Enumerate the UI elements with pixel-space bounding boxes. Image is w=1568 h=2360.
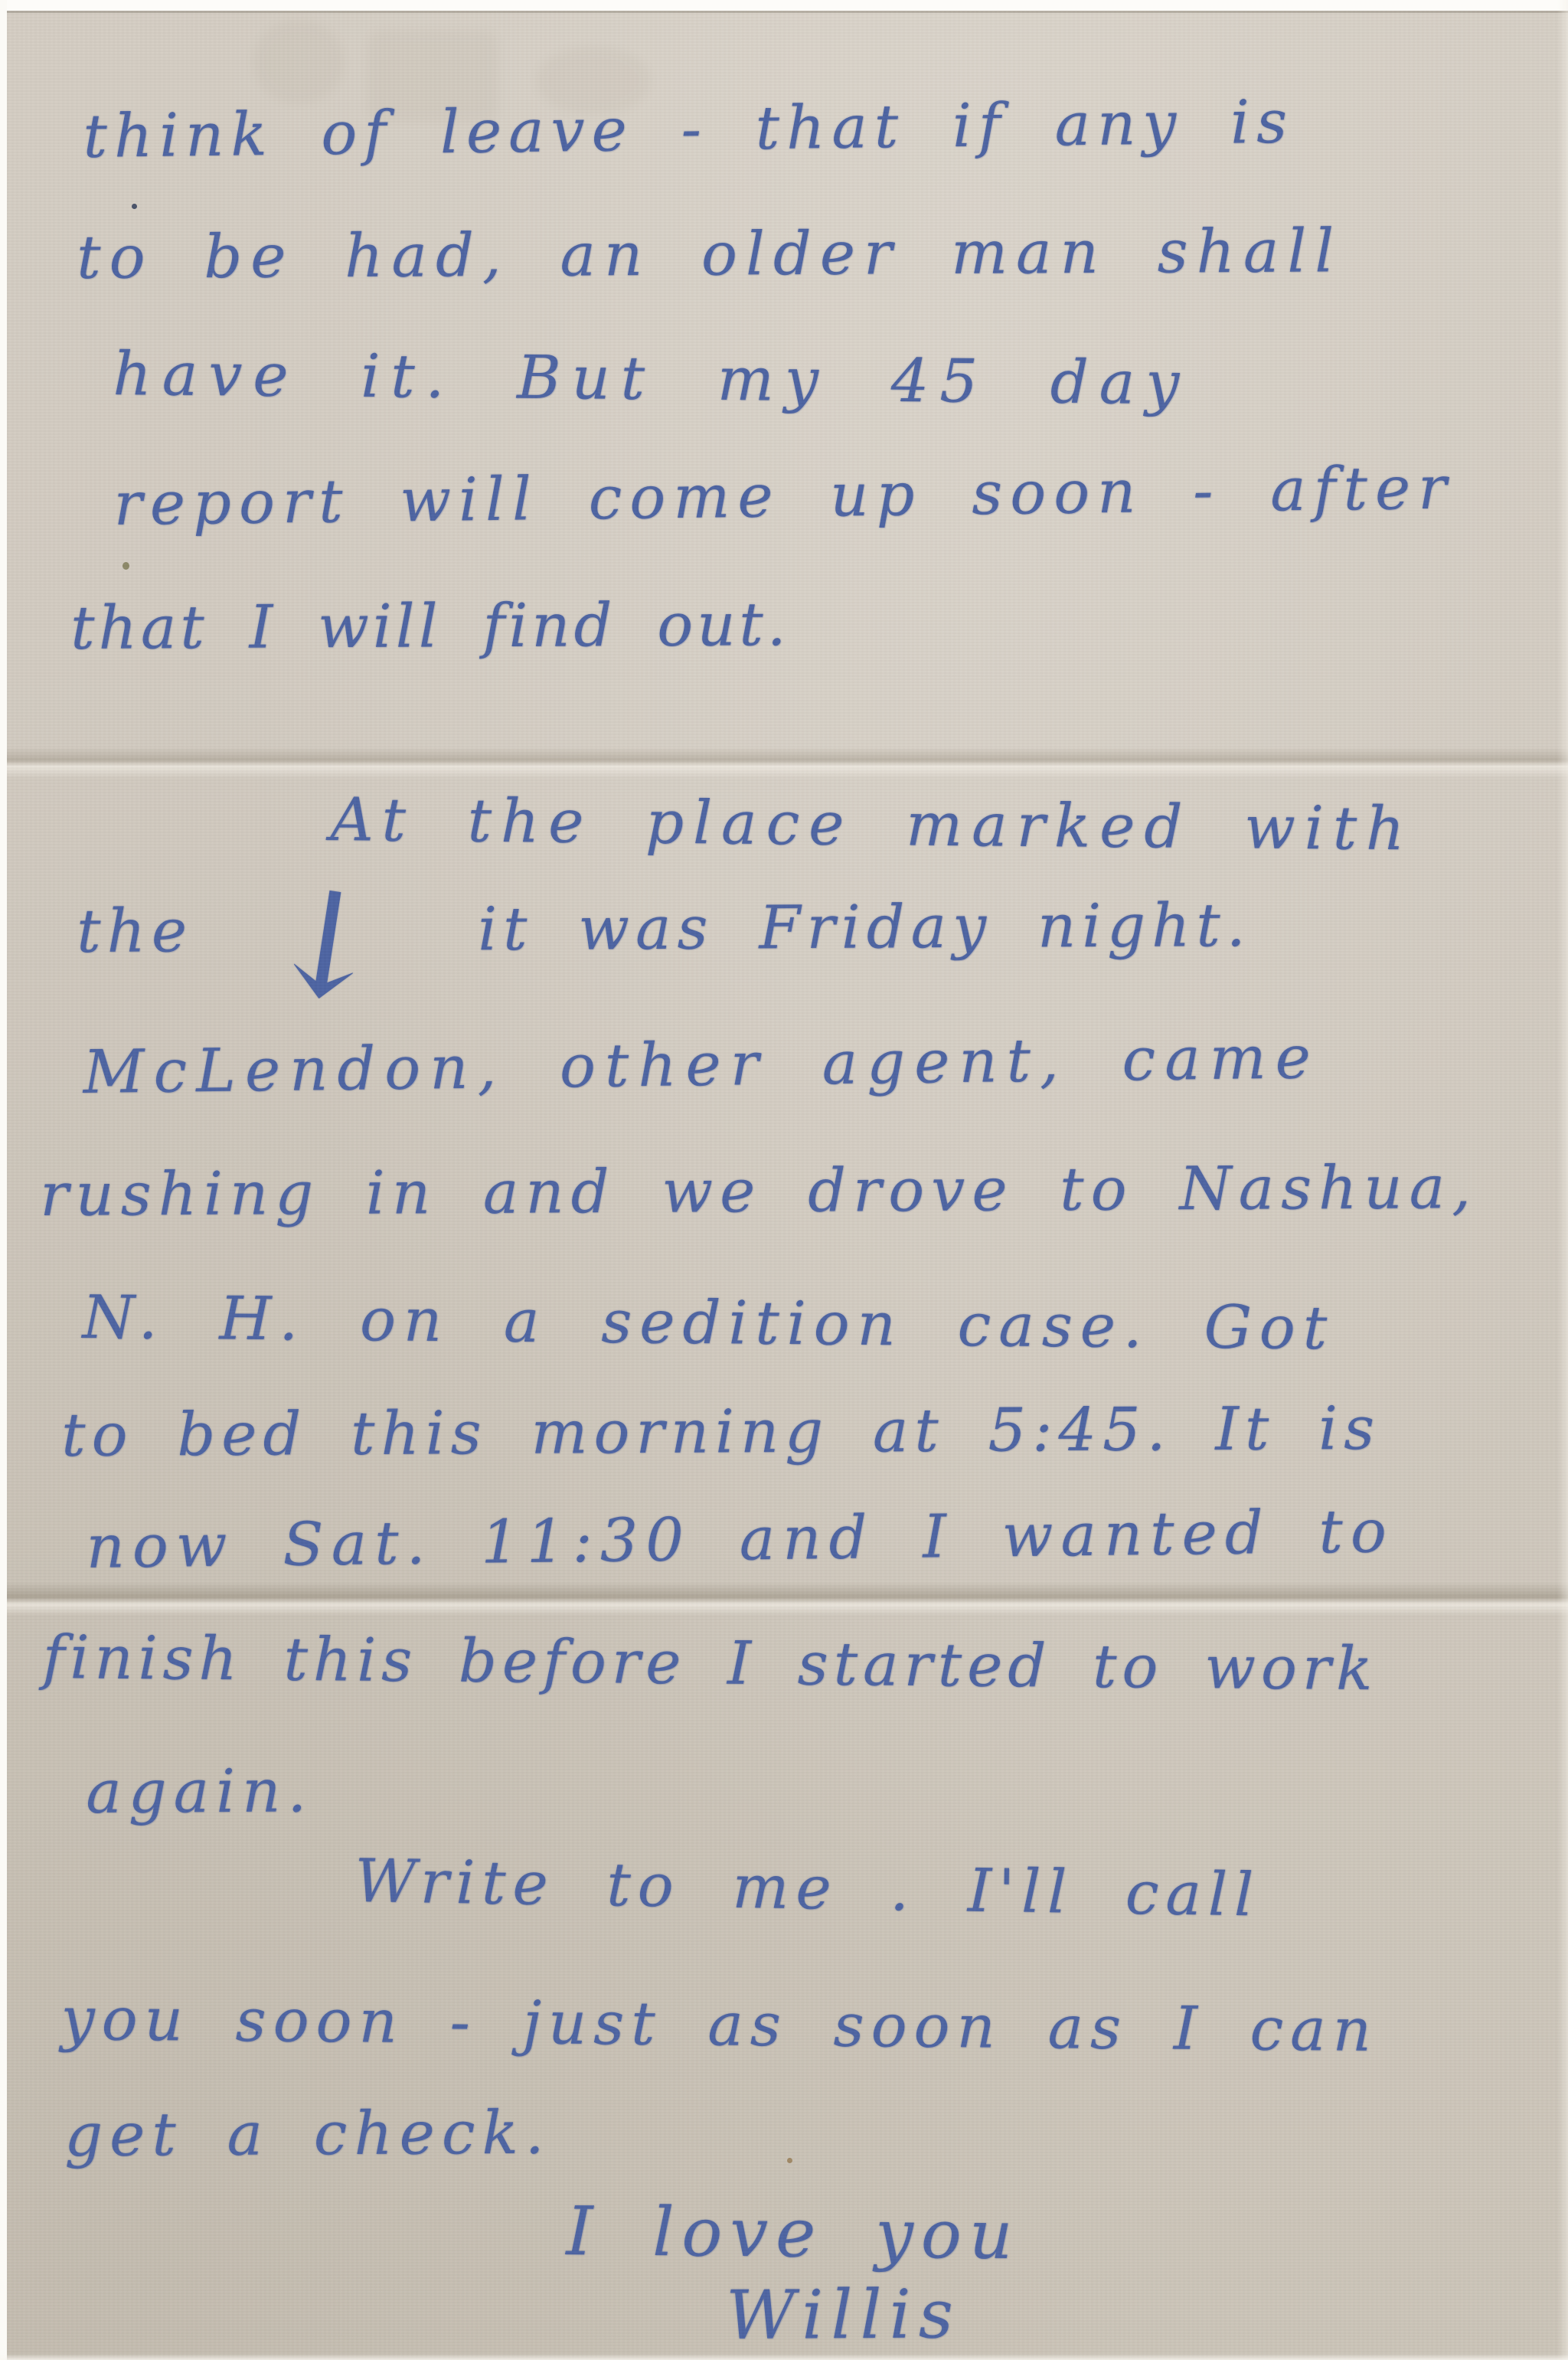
handwritten-line: Write to me . I'll call — [354, 1847, 1261, 1930]
letter-page: think of leave - that if any is to be ha… — [0, 0, 1568, 2360]
handwritten-text: the — [77, 897, 193, 966]
handwritten-line: think of leave - that if any is — [83, 88, 1295, 172]
handwritten-line: finish this before I started to work — [42, 1623, 1378, 1704]
handwritten-line: N. H. on a sedition case. Got — [82, 1283, 1334, 1363]
closing-line: I love you — [566, 2192, 1021, 2274]
paper-speck — [132, 204, 137, 209]
handwritten-line: get a check. — [64, 2099, 551, 2170]
handwritten-line: report will come up soon - after — [113, 454, 1455, 539]
handwritten-line: that I will find out. — [70, 590, 790, 663]
paper-speck — [787, 2158, 792, 2163]
bleed-through-ghost — [253, 20, 345, 104]
signature: Willis — [726, 2274, 961, 2355]
handwritten-line: have it. But my 45 day — [113, 340, 1190, 418]
fold-crease — [0, 747, 1568, 778]
handwritten-line: to be had, an older man shall — [77, 217, 1342, 293]
scan-edge-right — [1557, 0, 1568, 2360]
fold-crease — [0, 1582, 1568, 1616]
scan-edge-left — [0, 0, 7, 2360]
handwritten-line: At the place marked with — [330, 786, 1414, 864]
scan-edge-top — [0, 0, 1568, 11]
handwritten-line: you soon - just as soon as I can — [60, 1985, 1378, 2065]
handwritten-line-with-arrow: the↓it was Friday night. — [77, 891, 1252, 966]
paper-speck — [122, 562, 129, 570]
down-arrow-icon: ↓ — [266, 937, 393, 956]
handwritten-line: to bed this morning at 5:45. It is — [61, 1394, 1380, 1470]
handwritten-line: now Sat. 11:30 and I wanted to — [86, 1497, 1394, 1582]
handwritten-line: McLendon, other agent, came — [83, 1023, 1320, 1107]
scan-edge-shadow — [0, 11, 1568, 13]
scan-edge-bottom — [0, 2354, 1568, 2360]
handwritten-text: it was Friday night. — [478, 891, 1252, 964]
handwritten-line: again. — [86, 1757, 313, 1827]
handwritten-line: rushing in and we drove to Nashua, — [40, 1153, 1478, 1230]
